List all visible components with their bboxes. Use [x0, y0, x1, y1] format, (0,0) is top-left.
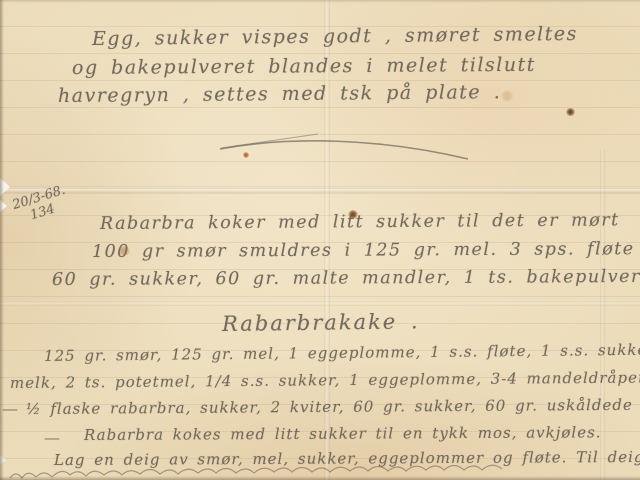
paper-edge: [0, 0, 640, 3]
handwritten-line-ingredients-1: 125 gr. smør, 125 gr. mel, 1 eggeplomme,…: [44, 340, 640, 365]
handwritten-line-rabarbra-3: 60 gr. sukker, 60 gr. malte mandler, 1 t…: [52, 267, 640, 290]
stain-spot: [348, 210, 358, 219]
paper-edge: [0, 0, 4, 480]
stain-spot: [500, 90, 514, 102]
handwritten-line-intro-1: Egg, sukker vispes godt , smøret smeltes: [92, 23, 578, 50]
handwritten-line-intro-2: og bakepulveret blandes i melet tilslutt: [72, 54, 536, 79]
stain-spot: [566, 108, 575, 116]
paper-edge: [0, 476, 640, 480]
handwritten-line-method-1: Rabarbra kokes med litt sukker til en ty…: [84, 423, 602, 444]
handwritten-line-rabarbra-1: Rabarbra koker med litt sukker til det e…: [100, 210, 620, 234]
fold-crease-horizontal-2: [0, 301, 640, 306]
margin-dash-2: —: [44, 428, 60, 447]
handwritten-line-rabarbra-2: 100 gr smør smuldres i 125 gr. mel. 3 sp…: [92, 239, 635, 262]
handwritten-line-intro-3: havregryn , settes med tsk på plate .: [58, 81, 501, 107]
fold-crease-horizontal: [0, 186, 640, 194]
recipe-title: Rabarbrakake .: [222, 309, 420, 336]
scanned-recipe-page: Egg, sukker vispes godt , smøret smeltes…: [0, 0, 640, 480]
margin-dash-1: —: [2, 399, 18, 418]
stain-spot: [243, 152, 249, 158]
handwritten-line-ingredients-3: ½ flaske rabarbra, sukker, 2 kviter, 60 …: [26, 395, 640, 418]
handwritten-line-ingredients-2: melk, 2 ts. potetmel, 1/4 s.s. sukker, 1…: [10, 368, 640, 392]
handwritten-line-method-2: Lag en deig av smør, mel, sukker, eggepl…: [54, 448, 640, 469]
stain-spot: [118, 246, 130, 256]
